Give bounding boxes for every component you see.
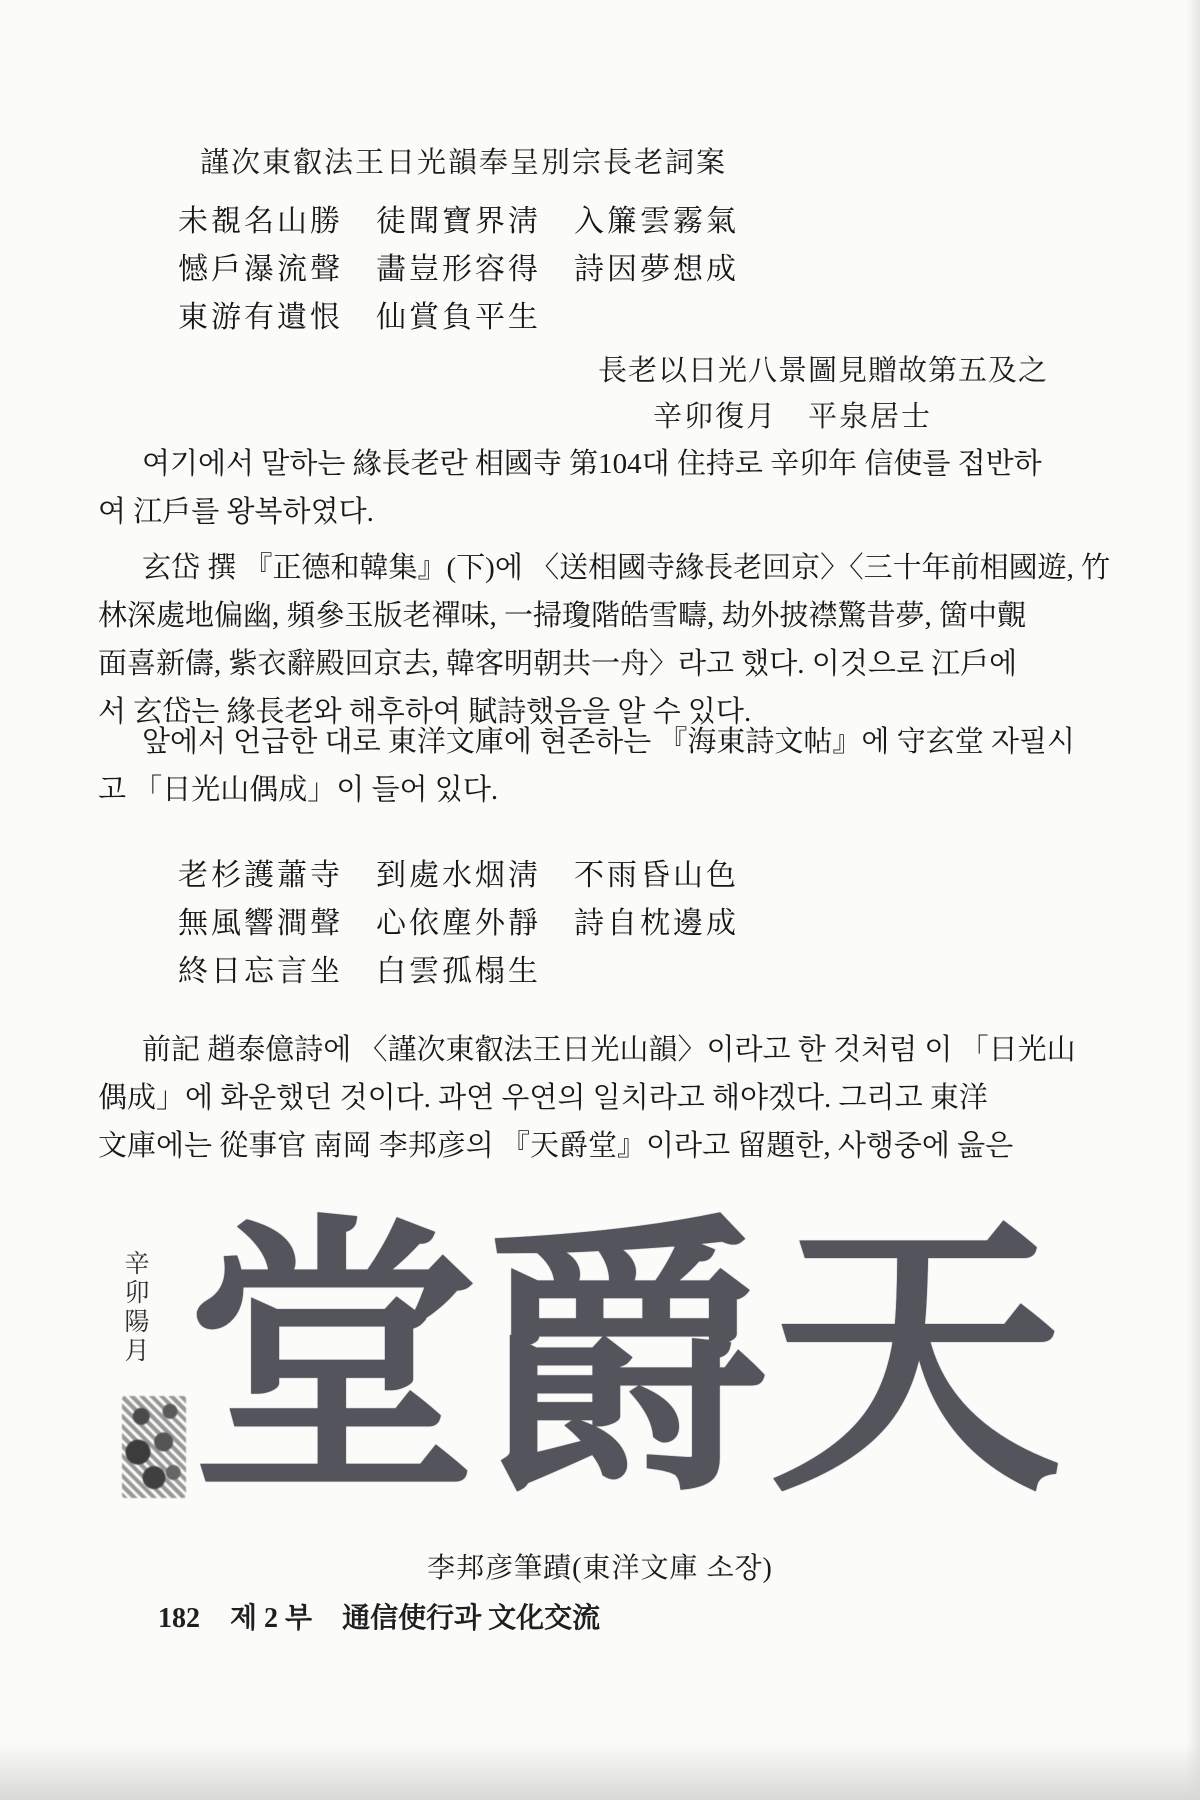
poem-line: 未覩名山勝 徒聞寶界淸 入簾雲霧氣 [178,196,739,240]
poem-dedication-note: 長老以日光八景圖見贈故第五及之 [598,348,1048,389]
poem-line: 東游有遺恨 仙賞負平生 [178,292,541,336]
figure-caption: 李邦彦筆蹟(東洋文庫 소장) [0,1546,1200,1586]
paragraph-4: 前記 趙泰億詩에 〈謹次東叡法王日光山韻〉이라고 한 것처럼 이 「日光山 偶成… [98,1026,1114,1170]
page-footer: 182제 2 부通信使行과 文化交流 [158,1596,630,1636]
section-title: 通信使行과 文化交流 [342,1603,600,1634]
calligraphy-char-cheon: 天 [770,1215,1062,1515]
page-number: 182 [158,1603,200,1634]
middle-poem-line: 終日忘言坐 白雲孤榻生 [178,946,541,990]
scan-edge-shade [1186,0,1200,1800]
calligraphy-date-inscription: 辛卯陽月 [116,1250,152,1370]
part-label: 제 2 부 [230,1603,312,1634]
poem-title: 謹次東叡法王日光韻奉呈別宗長老詞案 [200,140,727,181]
paragraph-line: 고 「日光山偶成」이 들어 있다. [98,766,1114,814]
paragraph-line: 여 江戶를 왕복하였다. [98,488,1114,536]
paragraph-line: 玄岱 撰 『正德和韓集』(下)에 〈送相國寺緣長老回京〉〈三十年前相國遊, 竹 [98,544,1114,592]
paragraph-line: 林深處地偏幽, 頻參玉版老禪味, 一掃瓊階皓雪疇, 劫外披襟驚昔夢, 箇中覿 [98,592,1114,640]
paragraph-line: 偶成」에 화운했던 것이다. 과연 우연의 일치라고 해야겠다. 그리고 東洋 [98,1074,1114,1122]
paragraph-line: 前記 趙泰億詩에 〈謹次東叡法王日光山韻〉이라고 한 것처럼 이 「日光山 [98,1026,1114,1074]
calligraphy-char-jak: 爵 [478,1215,770,1515]
paragraph-line: 文庫에는 從事官 南岡 李邦彦의 『天爵堂』이라고 留題한, 사행중에 읊은 [98,1122,1114,1170]
calligraphy-image: 堂 爵 天 [186,1210,1046,1520]
middle-poem-line: 老杉護蕭寺 到處水烟淸 不雨昏山色 [178,850,739,894]
paragraph-3: 앞에서 언급한 대로 東洋文庫에 현존하는 『海東詩文帖』에 守玄堂 자필시 고… [98,718,1114,814]
calligraphy-char-dang: 堂 [186,1215,478,1515]
paragraph-2: 玄岱 撰 『正德和韓集』(下)에 〈送相國寺緣長老回京〉〈三十年前相國遊, 竹 … [98,544,1114,736]
paragraph-line: 面喜新儔, 紫衣辭殿回京去, 韓客明朝共一舟〉라고 했다. 이것으로 江戶에 [98,640,1114,688]
paragraph-line: 여기에서 말하는 緣長老란 相國寺 第104대 住持로 辛卯年 信使를 접반하 [98,440,1114,488]
paragraph-1: 여기에서 말하는 緣長老란 相國寺 第104대 住持로 辛卯年 信使를 접반하 … [98,440,1114,536]
poem-line: 憾戶瀑流聲 畵豈形容得 詩因夢想成 [178,244,739,288]
scan-bottom-shadow [0,1742,1200,1800]
seal-stamp [122,1396,186,1498]
middle-poem-line: 無風響澗聲 心依塵外靜 詩自枕邊成 [178,898,739,942]
paragraph-line: 앞에서 언급한 대로 東洋文庫에 현존하는 『海東詩文帖』에 守玄堂 자필시 [98,718,1114,766]
poem-signature: 辛卯復月 平泉居士 [653,394,932,435]
